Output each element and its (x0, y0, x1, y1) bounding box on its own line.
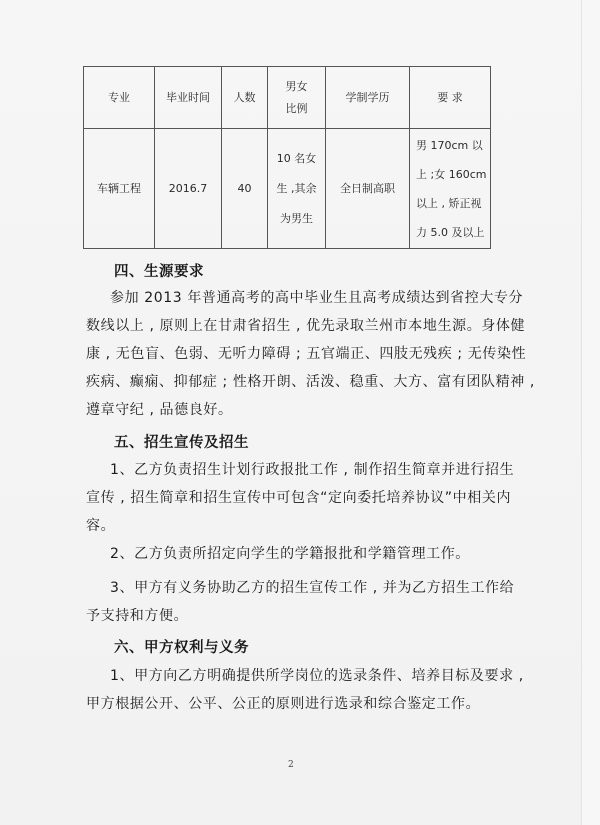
section-5-paragraph-2: 2、乙方负责所招定向学生的学籍报批和学籍管理工作。 (86, 540, 526, 568)
section-heading-4: 四、生源要求 (114, 260, 204, 281)
section-5-paragraph-1: 1、乙方负责招生计划行政报批工作 , 制作招生简章并进行招生 宣传 , 招生简章… (86, 456, 526, 540)
text-line: 疾病、癫痫、抑郁症 ; 性格开朗、活泼、稳重、大方、富有团队精神 , (86, 368, 526, 396)
text-line: 1、乙方负责招生计划行政报批工作 , 制作招生简章并进行招生 (86, 456, 526, 484)
cell-requirement-line: 上 ;女 160cm (416, 160, 490, 189)
cell-requirement: 男 170cm 以 上 ;女 160cm 以上 , 矫正视 力 5.0 及以上 (410, 129, 491, 249)
text-line: 参加 2013 年普通高考的高中毕业生且高考成绩达到省控大专分 (86, 284, 526, 312)
page-number: 2 (288, 760, 294, 770)
text-line: 康 , 无色盲、色弱、无听力障碍 ; 五官端正、四肢无残疾 ; 无传染性 (86, 340, 526, 368)
cell-major: 车辆工程 (84, 129, 155, 249)
text-line: 甲方根据公开、公平、公正的原则进行选录和综合鉴定工作。 (86, 690, 526, 718)
cell-requirement-line: 力 5.0 及以上 (416, 218, 490, 247)
header-gender-ratio-line2: 比例 (268, 98, 325, 120)
table-row: 车辆工程 2016.7 40 10 名女 生 ,其余 为男生 全日制高职 男 1… (84, 129, 491, 249)
section-heading-6: 六、甲方权利与义务 (114, 636, 249, 657)
text-line: 予支持和方便。 (86, 602, 526, 630)
cell-graduation: 2016.7 (155, 129, 222, 249)
header-education: 学制学历 (326, 67, 410, 129)
header-requirement: 要 求 (410, 67, 491, 129)
page-edge (581, 0, 600, 825)
section-4-paragraph-1: 参加 2013 年普通高考的高中毕业生且高考成绩达到省控大专分 数线以上 , 原… (86, 284, 526, 424)
cell-requirement-line: 以上 , 矫正视 (416, 189, 490, 218)
text-line: 2、乙方负责所招定向学生的学籍报批和学籍管理工作。 (86, 540, 526, 568)
header-count: 人数 (222, 67, 268, 129)
section-heading-5: 五、招生宣传及招生 (114, 431, 249, 452)
cell-ratio-line: 为男生 (268, 204, 325, 234)
cell-requirement-line: 男 170cm 以 (416, 131, 490, 160)
text-line: 1、甲方向乙方明确提供所学岗位的选录条件、培养目标及要求 , (86, 662, 526, 690)
cell-education: 全日制高职 (326, 129, 410, 249)
header-gender-ratio-line1: 男女 (268, 76, 325, 98)
header-graduation-time: 毕业时间 (155, 67, 222, 129)
text-line: 宣传 , 招生简章和招生宣传中可包含“定向委托培养协议”中相关内 (86, 484, 526, 512)
text-line: 遵章守纪 , 品德良好。 (86, 396, 526, 424)
cell-ratio: 10 名女 生 ,其余 为男生 (268, 129, 326, 249)
text-line: 容。 (86, 512, 526, 540)
table-header-row: 专业 毕业时间 人数 男女 比例 学制学历 要 求 (84, 67, 491, 129)
enrollment-table: 专业 毕业时间 人数 男女 比例 学制学历 要 求 车辆工程 2016.7 40… (83, 66, 491, 249)
header-major: 专业 (84, 67, 155, 129)
header-gender-ratio: 男女 比例 (268, 67, 326, 129)
text-line: 数线以上 , 原则上在甘肃省招生 , 优先录取兰州市本地生源。身体健 (86, 312, 526, 340)
section-5-paragraph-3: 3、甲方有义务协助乙方的招生宣传工作 , 并为乙方招生工作给 予支持和方便。 (86, 574, 526, 630)
text-line: 3、甲方有义务协助乙方的招生宣传工作 , 并为乙方招生工作给 (86, 574, 526, 602)
cell-count: 40 (222, 129, 268, 249)
cell-ratio-line: 生 ,其余 (268, 174, 325, 204)
section-6-paragraph-1: 1、甲方向乙方明确提供所学岗位的选录条件、培养目标及要求 , 甲方根据公开、公平… (86, 662, 526, 718)
cell-ratio-line: 10 名女 (268, 144, 325, 174)
